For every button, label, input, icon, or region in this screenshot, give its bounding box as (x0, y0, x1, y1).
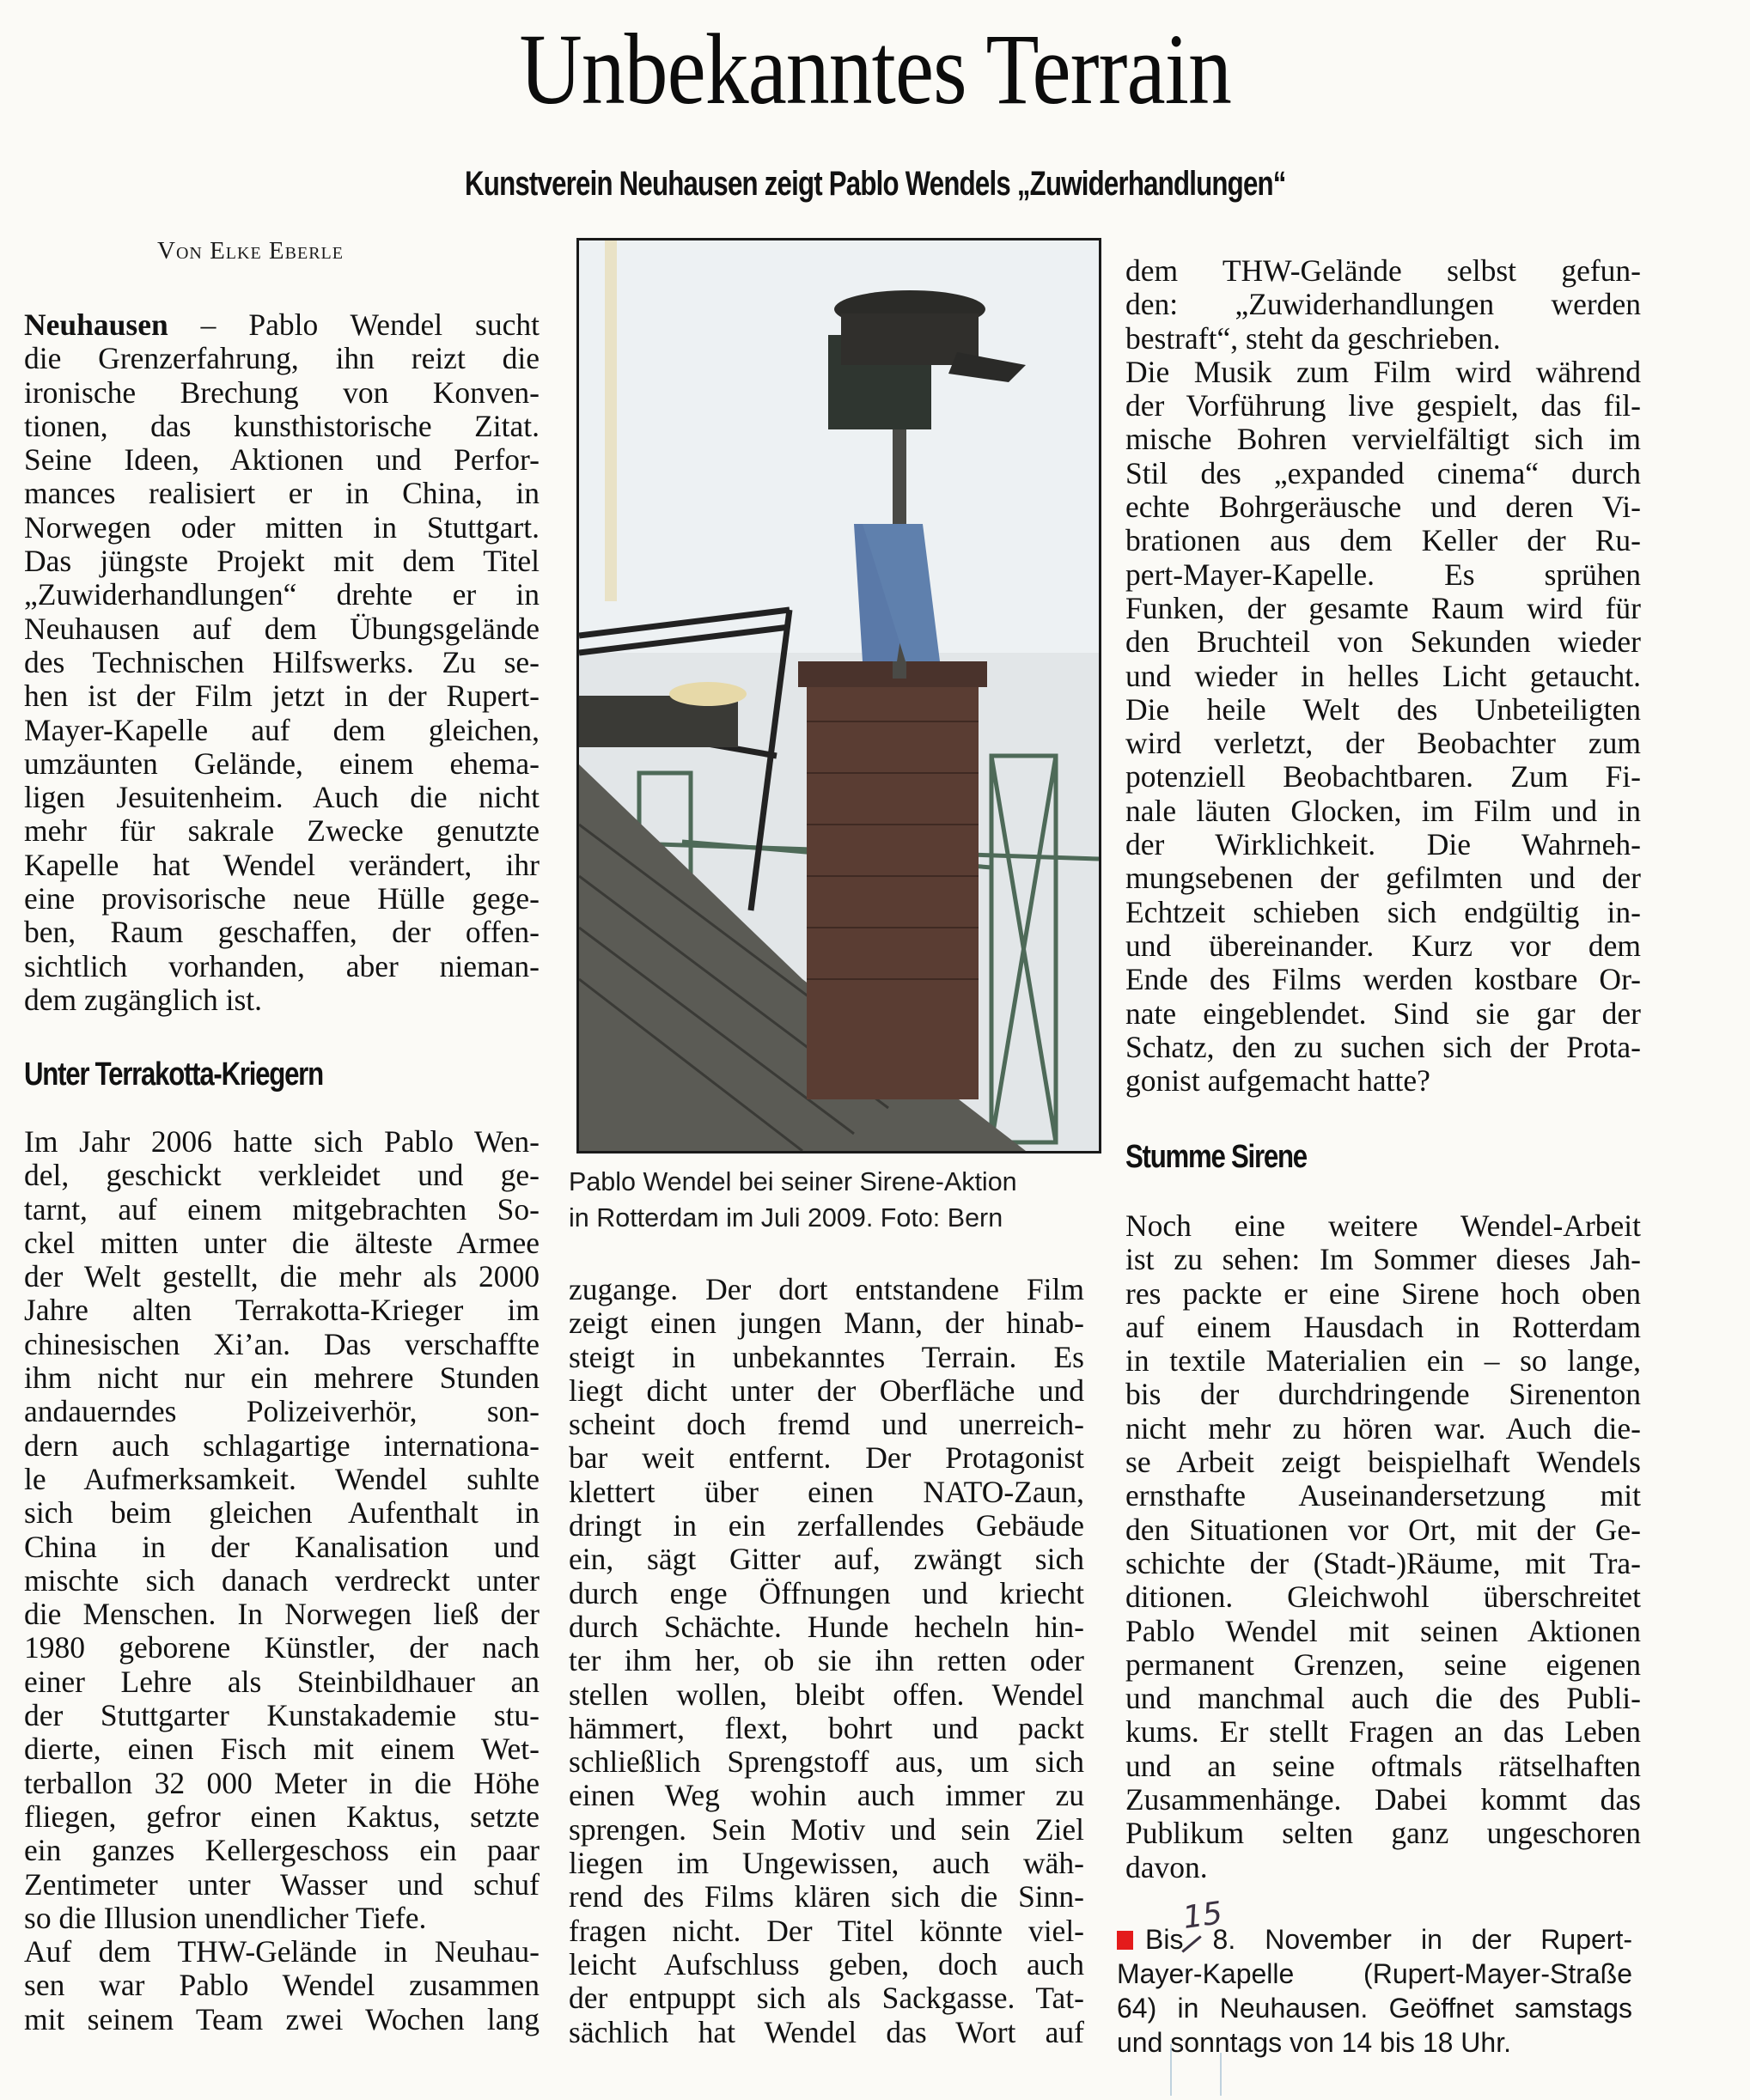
text-line: Schatz, den zu suchen sich der Prota- (1125, 1031, 1641, 1064)
intro-line: Neuhausen – Pablo Wendel sucht (24, 308, 540, 342)
text-line: pert-Mayer-Kapelle. Es sprühen (1125, 558, 1641, 592)
text-line: Jahre alten Terrakotta-Krieger im (24, 1293, 540, 1327)
text-line: dem THW-Gelände selbst gefun- (1125, 254, 1641, 288)
scan-artifact (1170, 2044, 1172, 2096)
column-1: Neuhausen – Pablo Wendel sucht die Grenz… (24, 308, 540, 1017)
text-line: terballon 32 000 Meter in die Höhe (24, 1767, 540, 1800)
text-line: und an seine oftmals rätselhaften (1125, 1750, 1641, 1783)
text-line: mances realisiert er in China, in (24, 477, 540, 510)
text-line: echte Bohrgeräusche und deren Vi- (1125, 490, 1641, 524)
text-line: le Aufmerksamkeit. Wendel suhlte (24, 1463, 540, 1496)
text-line: Echtzeit schieben sich endgültig in- (1125, 896, 1641, 929)
text-line: brationen aus dem Keller der Ru- (1125, 524, 1641, 557)
text-line: dem zugänglich ist. (24, 983, 540, 1017)
text-line: hämmert, flext, bohrt und packt (569, 1712, 1084, 1745)
text-line: Stil des „expanded cinema“ durch (1125, 457, 1641, 490)
text-line: sächlich hat Wendel das Wort auf (569, 2016, 1084, 2049)
text-line: durch Schächte. Hunde hecheln hin- (569, 1610, 1084, 1644)
text-line: bestraft“, steht da geschrieben. (1125, 322, 1641, 356)
text-line: dern auch schlagartige internationa- (24, 1429, 540, 1463)
text-line: dringt in ein zerfallendes Gebäude (569, 1509, 1084, 1543)
text-line: gonist aufgemacht hatte? (1125, 1064, 1641, 1098)
text-line: ein ganzes Kellergeschoss ein paar (24, 1834, 540, 1867)
text-line: andauerndes Polizeiverhör, son- (24, 1395, 540, 1428)
subheadline: Kunstverein Neuhausen zeigt Pablo Wendel… (192, 165, 1558, 204)
text-line: ter ihm her, ob sie ihn retten oder (569, 1644, 1084, 1677)
text-line: der Wirklichkeit. Die Wahrneh- (1125, 828, 1641, 861)
article-photo (576, 238, 1101, 1153)
text-line: permanent Grenzen, seine eigenen (1125, 1648, 1641, 1682)
text-line: durch enge Öffnungen und kriecht (569, 1577, 1084, 1610)
text-line: Das jüngste Projekt mit dem Titel (24, 545, 540, 578)
text-line: mische Bohren vervielfältigt sich im (1125, 423, 1641, 456)
caption-line: Pablo Wendel bei seiner Sirene-Aktion (569, 1164, 1093, 1200)
text-line: ben, Raum geschaffen, der offen- (24, 916, 540, 949)
text-line: fragen nicht. Der Titel könnte viel- (569, 1914, 1084, 1948)
text-line: der Welt gestellt, die mehr als 2000 (24, 1260, 540, 1293)
text-line: sich beim gleichen Aufenthalt in (24, 1496, 540, 1530)
text-line: del, geschickt verkleidet und ge- (24, 1159, 540, 1192)
text-line: den Situationen vor Ort, mit der Ge- (1125, 1513, 1641, 1547)
text-line: Neuhausen auf dem Übungsgelände (24, 612, 540, 646)
text-line: liegen im Ungewissen, auch wäh- (569, 1847, 1084, 1880)
column-3: dem THW-Gelände selbst gefun- den: „Zuwi… (1125, 254, 1641, 1098)
text-line: tionen, das kunsthistorische Zitat. (24, 410, 540, 443)
info-line: und sonntags von 14 bis 18 Uhr. (1117, 2025, 1632, 2060)
text-line: einer Lehre als Steinbildhauer an (24, 1665, 540, 1699)
paragraph: zugange. Der dort entstandene Film zeigt… (569, 1273, 1084, 2049)
text-line: liegt dicht unter der Oberfläche und (569, 1374, 1084, 1408)
text-line: und übereinander. Kurz vor dem (1125, 929, 1641, 963)
text-line: sprengen. Sein Motiv und sein Ziel (569, 1813, 1084, 1847)
text-line: fliegen, gefror einen Kaktus, setzte (24, 1800, 540, 1834)
text-line: der Vorführung live gespielt, das fil- (1125, 389, 1641, 423)
text-line: sichtlich vorhanden, aber nieman- (24, 950, 540, 983)
text-line: die Grenzerfahrung, ihn reizt die (24, 342, 540, 375)
text-line: Zusammenhänge. Dabei kommt das (1125, 1783, 1641, 1817)
text-line: Auf dem THW-Gelände in Neuhau- (24, 1935, 540, 1969)
column-3-section: Noch eine weitere Wendel-Arbeit ist zu s… (1125, 1209, 1641, 1884)
text-line: nicht mehr zu hören war. Auch die- (1125, 1412, 1641, 1446)
section-heading-sirene: Stumme Sirene (1125, 1139, 1307, 1176)
text-line: zugange. Der dort entstandene Film (569, 1273, 1084, 1306)
column-1-section: Im Jahr 2006 hatte sich Pablo Wen- del, … (24, 1125, 540, 2036)
text-line: Zentimeter unter Wasser und schuf (24, 1868, 540, 1902)
text-line: den Bruchteil von Sekunden wieder (1125, 625, 1641, 659)
text-line: ditionen. Gleichwohl überschreitet (1125, 1580, 1641, 1614)
red-square-bullet-icon (1117, 1931, 1133, 1950)
text-line: res packte er eine Sirene hoch oben (1125, 1277, 1641, 1311)
text-line: auf einem Hausdach in Rotterdam (1125, 1311, 1641, 1344)
dateline: Neuhausen (24, 307, 168, 342)
text-line: Mayer-Kapelle auf dem gleichen, (24, 714, 540, 747)
text-line: in textile Materialien ein – so lange, (1125, 1344, 1641, 1378)
text-line: se Arbeit zeigt beispielhaft Wendels (1125, 1446, 1641, 1479)
text-line: 1980 geborene Künstler, der nach (24, 1631, 540, 1665)
text-line: davon. (1125, 1851, 1641, 1884)
photo-illustration (579, 240, 1099, 1151)
text-line: kums. Er stellt Fragen an das Leben (1125, 1715, 1641, 1749)
column-2: zugange. Der dort entstandene Film zeigt… (569, 1273, 1084, 2049)
text-line: ihm nicht nur ein mehrere Stunden (24, 1361, 540, 1395)
text-line: so die Illusion unendlicher Tiefe. (24, 1902, 540, 1935)
text-line: der entpuppt sich als Sackgasse. Tat- (569, 1981, 1084, 2015)
text-line: Kapelle hat Wendel verändert, ihr (24, 849, 540, 882)
photo-caption: Pablo Wendel bei seiner Sirene-Aktion in… (569, 1164, 1093, 1236)
info-line: 64) in Neuhausen. Geöffnet samstags (1117, 1991, 1632, 2025)
text-line: ist zu sehen: Im Sommer dieses Jah- (1125, 1243, 1641, 1276)
text-line: Funken, der gesamte Raum wird für (1125, 592, 1641, 625)
text-line: Publikum selten ganz ungeschoren (1125, 1817, 1641, 1850)
paragraph: Im Jahr 2006 hatte sich Pablo Wen- del, … (24, 1125, 540, 2036)
text-line: Seine Ideen, Aktionen und Perfor- (24, 443, 540, 477)
text-line: mungsebenen der gefilmten und der (1125, 861, 1641, 895)
text-line: und wieder in helles Licht getaucht. (1125, 660, 1641, 693)
text-line: Die Musik zum Film wird während (1125, 356, 1641, 389)
text-line: des Technischen Hilfswerks. Zu se- (24, 646, 540, 679)
text-line: ckel mitten unter die älteste Armee (24, 1227, 540, 1260)
text-line: bar weit entfernt. Der Protagonist (569, 1441, 1084, 1475)
text-line: potenziell Beobachtbaren. Zum Fi- (1125, 760, 1641, 794)
byline: Von Elke Eberle (157, 237, 344, 265)
text-line: Noch eine weitere Wendel-Arbeit (1125, 1209, 1641, 1243)
text-line: einen Weg wohin auch immer zu (569, 1779, 1084, 1812)
text-line: tarnt, auf einem mitgebrachten So- (24, 1193, 540, 1227)
info-box: Bis 8. November in der Rupert- Mayer-Kap… (1117, 1922, 1632, 2060)
text-line: Die heile Welt des Unbeteiligten (1125, 693, 1641, 727)
text-line: Ende des Films werden kostbare Or- (1125, 963, 1641, 996)
text-line: nate eingeblendet. Sind sie gar der (1125, 997, 1641, 1031)
info-line: Mayer-Kapelle (Rupert-Mayer-Straße (1117, 1957, 1632, 1991)
text-line: schließlich Sprengstoff aus, um sich (569, 1745, 1084, 1779)
text-line: den: „Zuwiderhandlungen werden (1125, 288, 1641, 321)
text-line: die Menschen. In Norwegen ließ der (24, 1598, 540, 1631)
text-line: schichte der (Stadt-)Räume, mit Tra- (1125, 1547, 1641, 1580)
text-line: scheint doch fremd und unerreich- (569, 1408, 1084, 1441)
caption-line: in Rotterdam im Juli 2009. Foto: Bern (569, 1200, 1093, 1236)
paragraph: dem THW-Gelände selbst gefun- den: „Zuwi… (1125, 254, 1641, 1098)
text-line: bis der durchdringende Sirenenton (1125, 1378, 1641, 1411)
text-line: Norwegen oder mitten in Stuttgart. (24, 511, 540, 545)
text-line: Im Jahr 2006 hatte sich Pablo Wen- (24, 1125, 540, 1159)
text-line: leicht Aufschluss geben, doch auch (569, 1948, 1084, 1981)
text-line: nale läuten Glocken, im Film und in (1125, 794, 1641, 828)
text-line: „Zuwiderhandlungen“ drehte er in (24, 578, 540, 612)
paragraph: Noch eine weitere Wendel-Arbeit ist zu s… (1125, 1209, 1641, 1884)
text-line: mischte sich danach verdreckt unter (24, 1564, 540, 1598)
text-line: mehr für sakrale Zwecke genutzte (24, 814, 540, 848)
text-line: der Stuttgarter Kunstakademie stu- (24, 1699, 540, 1732)
text-line: rend des Films klären sich die Sinn- (569, 1880, 1084, 1914)
text-line: ironische Brechung von Konven- (24, 376, 540, 410)
text-line: ein, sägt Gitter auf, zwängt sich (569, 1543, 1084, 1576)
intro-paragraph: Neuhausen – Pablo Wendel sucht die Grenz… (24, 308, 540, 1017)
text-line: China in der Kanalisation und (24, 1531, 540, 1564)
text-line: ligen Jesuitenheim. Auch die nicht (24, 781, 540, 814)
text-line: dierte, einen Fisch mit einem Wet- (24, 1732, 540, 1766)
text-line: hen ist der Film jetzt in der Rupert- (24, 679, 540, 713)
text-line: sen war Pablo Wendel zusammen (24, 1969, 540, 2002)
text-line: steigt in unbekanntes Terrain. Es (569, 1341, 1084, 1374)
headline: Unbekanntes Terrain (123, 19, 1628, 120)
text-line: umzäunten Gelände, einem ehema- (24, 747, 540, 781)
section-heading-terrakotta: Unter Terrakotta-Kriegern (24, 1056, 323, 1093)
text-line: klettert über einen NATO-Zaun, (569, 1476, 1084, 1509)
info-line: Bis 8. November in der Rupert- (1117, 1922, 1632, 1957)
text-line: zeigt einen jungen Mann, der hinab- (569, 1306, 1084, 1340)
text-line: wird verletzt, der Beobachter zum (1125, 727, 1641, 760)
text-line: Pablo Wendel mit seinen Aktionen (1125, 1615, 1641, 1648)
text-line: stellen wollen, bleibt offen. Wendel (569, 1678, 1084, 1712)
text-line: eine provisorische neue Hülle gege- (24, 882, 540, 916)
text-line: chinesischen Xi’an. Das verschaffte (24, 1328, 540, 1361)
text-line: und manchmal auch die des Publi- (1125, 1682, 1641, 1715)
text-line: mit seinem Team zwei Wochen lang (24, 2003, 540, 2036)
scan-artifact (1220, 2053, 1222, 2096)
text-line: ernsthafte Auseinandersetzung mit (1125, 1479, 1641, 1513)
